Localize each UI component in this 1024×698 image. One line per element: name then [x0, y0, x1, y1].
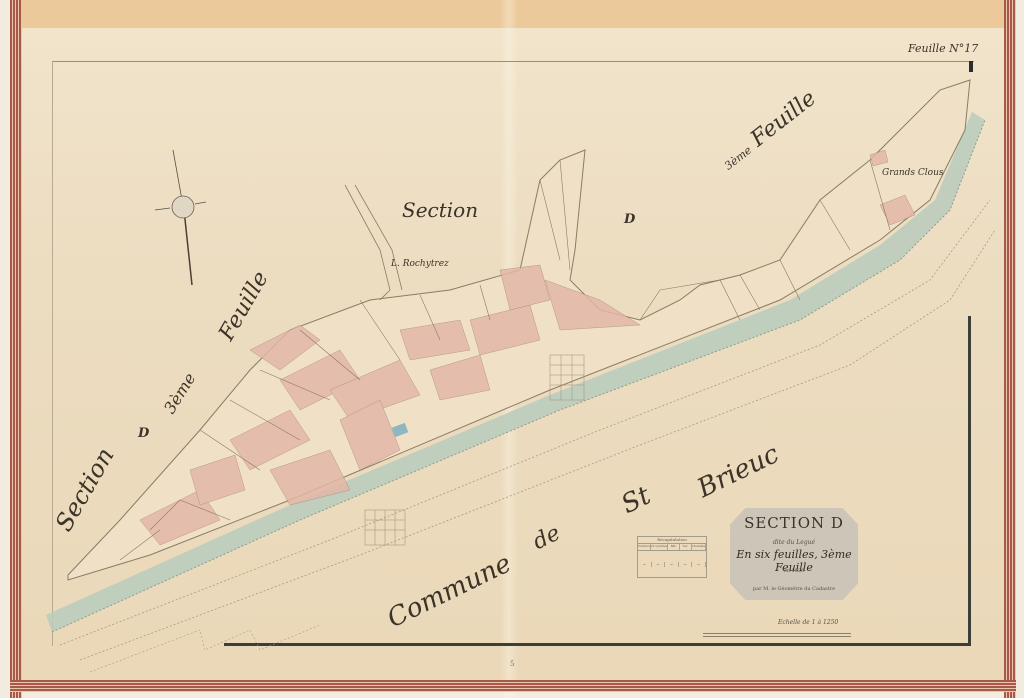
recap-value: ~ [638, 562, 652, 567]
recap-header: Nombre [638, 544, 651, 550]
recap-title: Récapitulation [638, 537, 706, 544]
cartouche-signature: par M. le Géomètre du Cadastre [730, 586, 858, 592]
cadastral-map-drawing [0, 0, 1024, 698]
cartouche-subtitle: dite du Legué [730, 539, 858, 546]
place-name-rochers: L. Rochytrez [391, 259, 449, 269]
recap-header: Chemins [692, 544, 706, 550]
recap-value: ~ [652, 562, 666, 567]
cartouche-date: en 1826 [730, 568, 858, 574]
recap-value: ~ [679, 562, 693, 567]
page-number: 5 [510, 660, 514, 668]
place-name-grands: Grands Clous [882, 168, 944, 178]
map-frame: Feuille N°17 Section D 3ème Feuille Sect… [0, 0, 1024, 698]
recap-header: Propriétés [651, 544, 668, 550]
sheet-number: Feuille N°17 [908, 42, 978, 55]
title-cartouche: SECTION D dite du Legué En six feuilles,… [730, 508, 858, 600]
recap-header: Bât. [668, 544, 680, 550]
compass-rose-icon [155, 150, 206, 285]
recap-values: ~ ~ ~ ~ ~ [638, 551, 706, 577]
recap-value: ~ [692, 562, 706, 567]
section-letter-top: D [624, 212, 635, 227]
recap-value: ~ [665, 562, 679, 567]
cartouche-title: SECTION D [730, 514, 858, 532]
recap-header: Ter. [680, 544, 692, 550]
section-label-top: Section [402, 198, 478, 222]
scale-bar [703, 633, 851, 637]
section-letter-left: D [138, 426, 149, 441]
recap-headers: Nombre Propriétés Bât. Ter. Chemins [638, 544, 706, 551]
scale-label: Echelle de 1 à 1250 [778, 619, 838, 626]
recap-table: Récapitulation Nombre Propriétés Bât. Te… [637, 536, 707, 578]
